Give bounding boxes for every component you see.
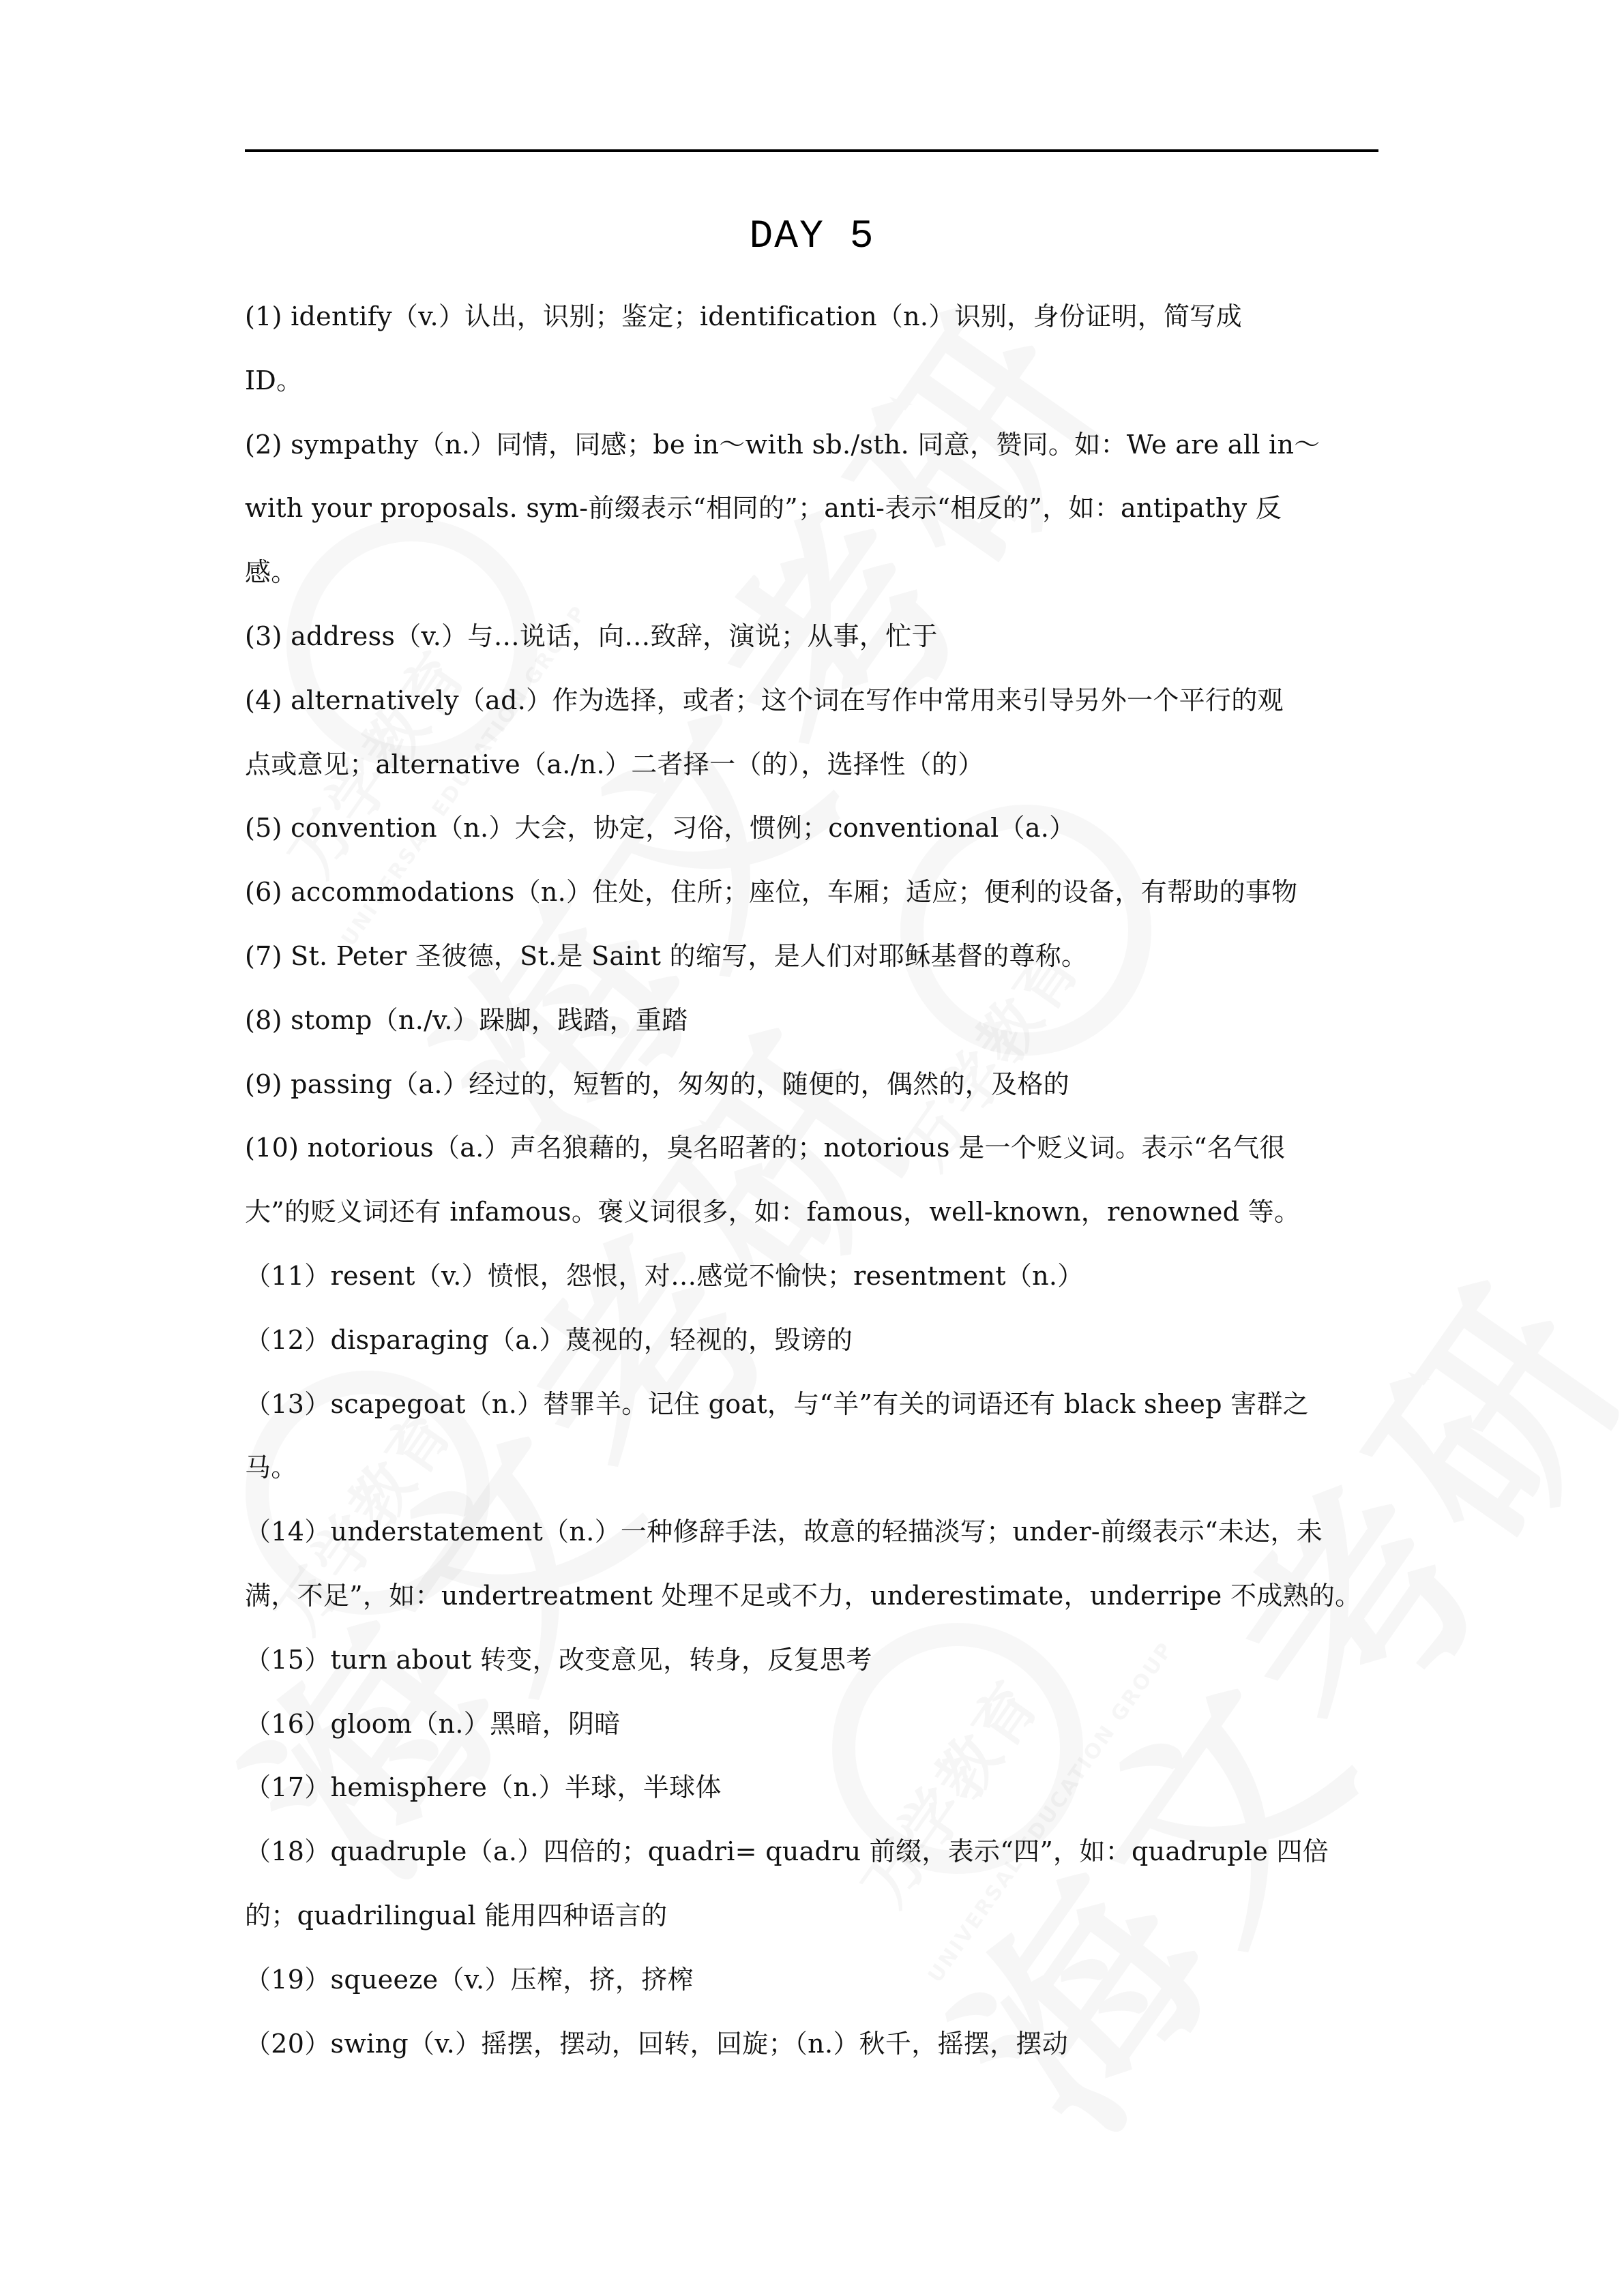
text-line: (9) passing（a.）经过的，短暂的，匆匆的，随便的，偶然的，及格的 (245, 1053, 1381, 1117)
text-line: (8) stomp（n./v.）跺脚，践踏，重踏 (245, 989, 1381, 1053)
text-line: (1) identify（v.）认出，识别；鉴定；identification（… (245, 285, 1381, 349)
text-line: (2) sympathy（n.）同情，同感；be in～with sb./sth… (245, 413, 1381, 477)
text-line: 马。 (245, 1436, 1381, 1500)
text-line: 感。 (245, 541, 1381, 605)
page-title: DAY 5 (0, 210, 1624, 265)
vocabulary-list: (1) identify（v.）认出，识别；鉴定；identification（… (245, 285, 1381, 2076)
text-line: （15）turn about 转变，改变意见，转身，反复思考 (245, 1628, 1381, 1693)
text-line: (3) address（v.）与…说话，向…致辞，演说；从事，忙于 (245, 605, 1381, 669)
text-line: （17）hemisphere（n.）半球，半球体 (245, 1756, 1381, 1820)
text-line: （16）gloom（n.）黑暗，阴暗 (245, 1693, 1381, 1757)
header-rule (245, 149, 1378, 152)
text-line: （12）disparaging（a.）蔑视的，轻视的，毁谤的 (245, 1309, 1381, 1373)
text-line: with your proposals. sym-前缀表示“相同的”；anti-… (245, 477, 1381, 541)
text-line: 的；quadrilingual 能用四种语言的 (245, 1884, 1381, 1948)
text-line: 点或意见；alternative（a./n.）二者择一（的），选择性（的） (245, 733, 1381, 797)
document-page: 海文考研 万学教育 UNIVERSAL EDUCATION GROUP 万学教育… (0, 0, 1624, 2296)
text-line: (10) notorious（a.）声名狼藉的，臭名昭著的；notorious … (245, 1116, 1381, 1180)
text-line: 满，不足”，如：undertreatment 处理不足或不力，underesti… (245, 1564, 1381, 1628)
text-line: （19）squeeze（v.）压榨，挤，挤榨 (245, 1948, 1381, 2012)
text-line: （20）swing（v.）摇摆，摆动，回转，回旋；（n.）秋千，摇摆，摆动 (245, 2012, 1381, 2076)
text-line: (5) convention（n.）大会，协定，习俗，惯例；convention… (245, 796, 1381, 861)
text-line: （18）quadruple（a.）四倍的；quadri= quadru 前缀，表… (245, 1820, 1381, 1884)
text-line: 大”的贬义词还有 infamous。褒义词很多，如：famous，well-kn… (245, 1180, 1381, 1244)
text-line: ID。 (245, 349, 1381, 413)
text-line: (4) alternatively（ad.）作为选择，或者；这个词在写作中常用来… (245, 669, 1381, 733)
text-line: （11）resent（v.）愤恨，怨恨，对…感觉不愉快；resentment（n… (245, 1244, 1381, 1309)
text-line: （13）scapegoat（n.）替罪羊。记住 goat，与“羊”有关的词语还有… (245, 1373, 1381, 1437)
text-line: （14）understatement（n.）一种修辞手法，故意的轻描淡写；und… (245, 1500, 1381, 1564)
text-line: (7) St. Peter 圣彼德，St.是 Saint 的缩写，是人们对耶稣基… (245, 925, 1381, 989)
text-line: (6) accommodations（n.）住处，住所；座位，车厢；适应；便利的… (245, 861, 1381, 925)
